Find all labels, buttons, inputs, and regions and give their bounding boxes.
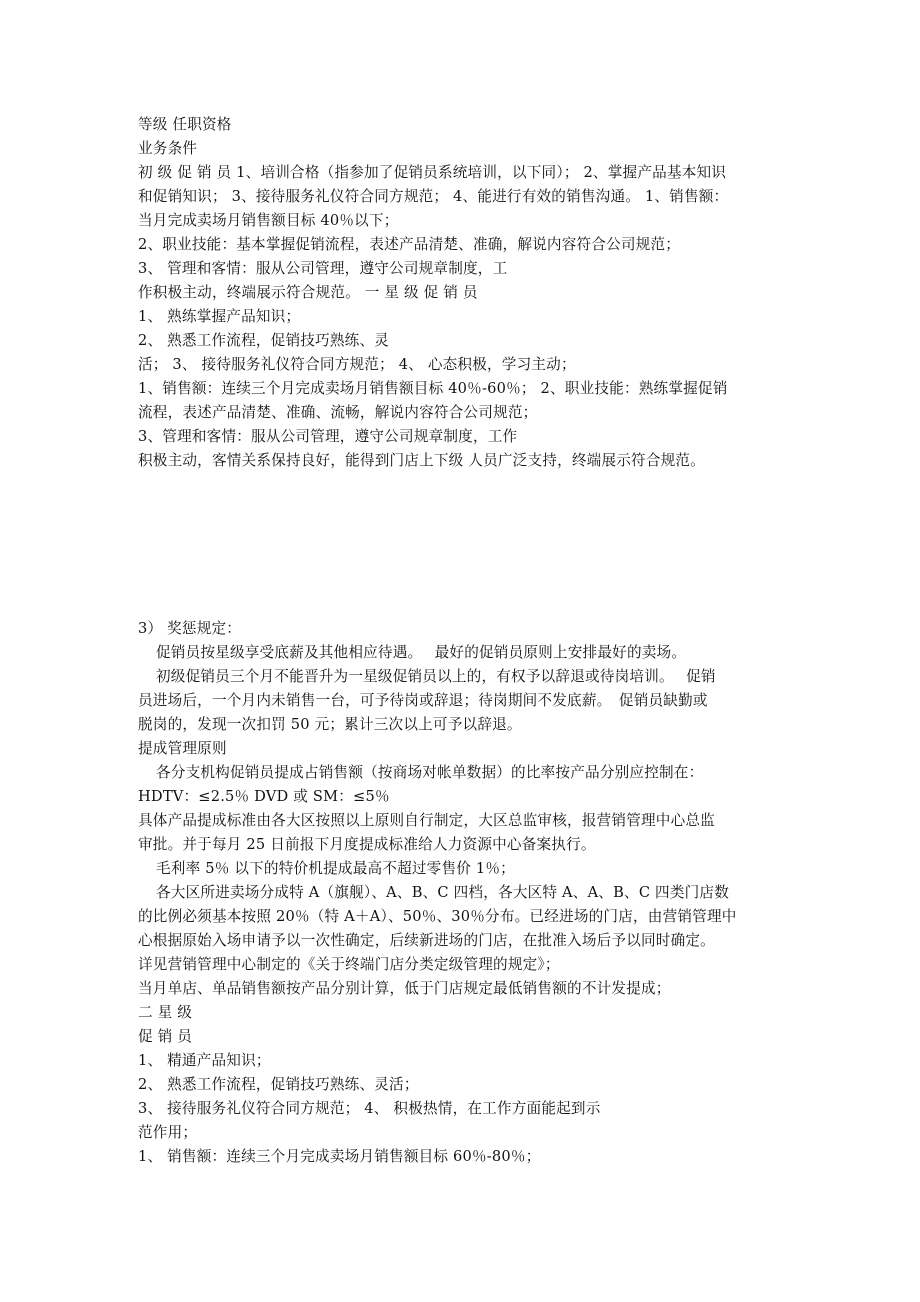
paragraph-line: 心根据原始入场申请予以一次性确定，后续新进场的门店，在批准入场后予以同时确定。 xyxy=(138,930,715,952)
text-line: 当月完成卖场月销售额目标 40％以下； xyxy=(138,210,399,232)
text-line: 流程，表述产品清楚、准确、流畅，解说内容符合公司规范； xyxy=(138,402,537,424)
paragraph-line: 初级促销员三个月不能晋升为一星级促销员以上的，有权予以辞退或待岗培训。 促销 xyxy=(156,666,716,688)
paragraph-line: 详见营销管理中心制定的《关于终端门店分类定级管理的规定》； xyxy=(138,954,560,976)
section-heading: 提成管理原则 xyxy=(138,738,227,760)
text-line: 1、 熟练掌握产品知识； xyxy=(138,306,300,328)
text-line: 活； 3、 接待服务礼仪符合同方规范； 4、 心态积极，学习主动； xyxy=(138,354,576,376)
list-item: 1、 精通产品知识； xyxy=(138,1050,271,1072)
list-item: 2、 熟悉工作流程，促销技巧熟练、灵活； xyxy=(138,1074,419,1096)
paragraph-line: 具体产品提成标准由各大区按照以上原则自行制定，大区总监审核，报营销管理中心总监 xyxy=(138,810,715,832)
table-subheader-line: 业务条件 xyxy=(138,138,197,160)
paragraph-line: 各大区所进卖场分成特 A（旗舰）、A、B、C 四档，各大区特 A、A、B、C 四… xyxy=(156,882,729,904)
paragraph-line: 当月单店、单品销售额按产品分别计算，低于门店规定最低销售额的不计发提成； xyxy=(138,978,671,1000)
level-label: 二 星 级 xyxy=(138,1002,192,1024)
text-line: 3、管理和客情：服从公司管理，遵守公司规章制度，工作 xyxy=(138,426,517,448)
list-item: 1、 销售额：连续三个月完成卖场月销售额目标 60％-80％； xyxy=(138,1146,541,1168)
paragraph-line: 脱岗的，发现一次扣罚 50 元；累计三次以上可予以辞退。 xyxy=(138,714,522,736)
document-page: 等级 任职资格 业务条件 初 级 促 销 员 1、培训合格（指参加了促销员系统培… xyxy=(0,0,920,1302)
text-line: 初 级 促 销 员 1、培训合格（指参加了促销员系统培训，以下同）； 2、掌握产… xyxy=(138,162,726,184)
list-item: 范作用； xyxy=(138,1122,197,1144)
paragraph-line: 促销员按星级享受底薪及其他相应待遇。 最好的促销员原则上安排最好的卖场。 xyxy=(156,642,686,664)
paragraph-line: 员进场后，一个月内未销售一台，可予待岗或辞退；待岗期间不发底薪。 促销员缺勤或 xyxy=(138,690,708,712)
text-line: 积极主动，客情关系保持良好，能得到门店上下级 人员广泛支持，终端展示符合规范。 xyxy=(138,450,705,472)
text-line: 作积极主动，终端展示符合规范。 一 星 级 促 销 员 xyxy=(138,282,478,304)
text-line: 3、 管理和客情：服从公司管理，遵守公司规章制度，工 xyxy=(138,258,507,280)
paragraph-line: HDTV：≤2.5％ DVD 或 SM：≤5％ xyxy=(138,786,390,808)
text-line: 1、销售额：连续三个月完成卖场月销售额目标 40％-60％； 2、职业技能：熟练… xyxy=(138,378,728,400)
paragraph-line: 审批。并于每月 25 日前报下月度提成标准给人力资源中心备案执行。 xyxy=(138,834,596,856)
text-line: 2、 熟悉工作流程，促销技巧熟练、灵 xyxy=(138,330,389,352)
paragraph-line: 毛利率 5％ 以下的特价机提成最高不超过零售价 1％； xyxy=(156,858,515,880)
section-heading: 3） 奖惩规定： xyxy=(138,618,241,640)
paragraph-line: 的比例必须基本按照 20％（特 A＋A）、50％、30％分布。已经进场的门店，由… xyxy=(138,906,737,928)
text-line: 2、职业技能：基本掌握促销流程，表述产品清楚、准确，解说内容符合公司规范； xyxy=(138,234,680,256)
list-item: 3、 接待服务礼仪符合同方规范； 4、 积极热情，在工作方面能起到示 xyxy=(138,1098,601,1120)
paragraph-line: 各分支机构促销员提成占销售额（按商场对帐单数据）的比率按产品分别应控制在： xyxy=(156,762,703,784)
table-header-line: 等级 任职资格 xyxy=(138,114,232,136)
text-line: 和促销知识； 3、接待服务礼仪符合同方规范； 4、能进行有效的销售沟通。 1、销… xyxy=(138,186,728,208)
level-label: 促 销 员 xyxy=(138,1026,192,1048)
